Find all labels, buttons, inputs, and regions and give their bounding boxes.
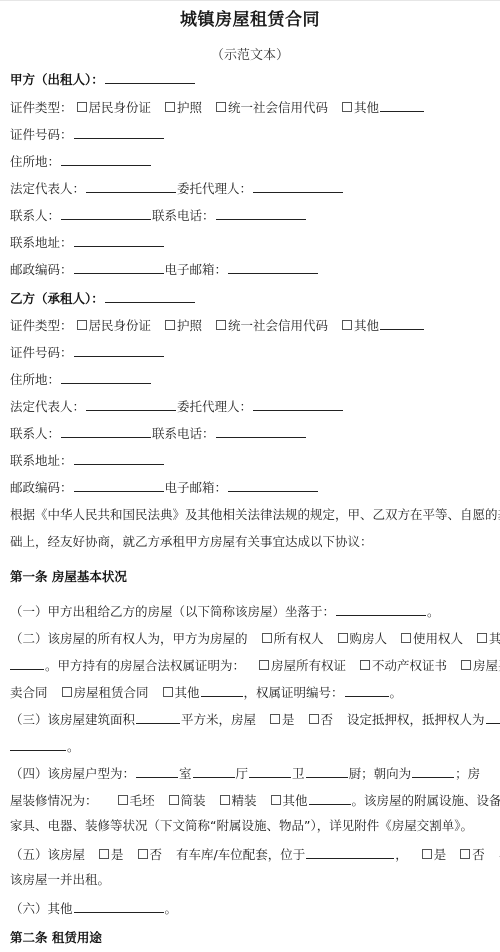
checkbox-simple[interactable]	[169, 795, 179, 805]
halls-field[interactable]	[193, 764, 235, 778]
checkbox-fine[interactable]	[220, 795, 230, 805]
party-b-contact-address-field[interactable]	[74, 451, 164, 465]
article-2-heading: 第二条 租赁用途	[10, 930, 102, 946]
party-b-rep-row: 法定代表人：委托代理人：	[10, 397, 344, 415]
checkbox-credit-code[interactable]	[216, 320, 226, 330]
article-1-item-5-line-2: 该房屋一并出租。	[10, 872, 110, 888]
party-a-contact-row: 联系人：联系电话：	[10, 206, 307, 224]
area-field[interactable]	[136, 710, 180, 724]
parking-location-field[interactable]	[306, 845, 394, 859]
party-a-id-other-field[interactable]	[380, 98, 424, 112]
party-a-contact-address-field[interactable]	[74, 233, 164, 247]
checkbox-id-card[interactable]	[77, 102, 87, 112]
article-1-item-2-line-2: 。甲方持有的房屋合法权属证明为： 房屋所有权证 不动产权证书 房屋买	[10, 656, 500, 674]
property-location-field[interactable]	[336, 602, 426, 616]
party-b-contact-row: 联系人：联系电话：	[10, 424, 307, 442]
party-b-contact-address-row: 联系地址：	[10, 451, 165, 469]
checkbox-parking-no[interactable]	[138, 849, 148, 859]
party-b-phone-field[interactable]	[216, 424, 306, 438]
article-1-item-4-line-2: 屋装修情况为： 毛坯 简装 精装 其他。该房屋的附属设施、设备、	[10, 791, 500, 809]
preamble-line-1: 根据《中华人民共和国民法典》及其他相关法律法规的规定，甲、乙双方在平等、自愿的基	[10, 507, 500, 523]
contract-page: 城镇房屋租赁合同 （示范文本） 甲方（出租人）： 证件类型： 居民身份证 护照 …	[0, 0, 500, 952]
party-b-postcode-field[interactable]	[74, 478, 164, 492]
checkbox-mortgage-no[interactable]	[309, 714, 319, 724]
checkbox-passport[interactable]	[165, 320, 175, 330]
checkbox-lease-contract[interactable]	[62, 687, 72, 697]
party-b-postcode-row: 邮政编码：电子邮箱：	[10, 478, 319, 496]
party-a-phone-field[interactable]	[216, 206, 306, 220]
article-1-item-3-cont: 。	[10, 737, 80, 755]
party-a-legal-rep-field[interactable]	[86, 179, 176, 193]
checkbox-owner-other[interactable]	[477, 633, 487, 643]
kitchens-field[interactable]	[306, 764, 348, 778]
cert-other-field[interactable]	[201, 683, 243, 697]
party-b-contact-field[interactable]	[61, 424, 151, 438]
checkbox-owner[interactable]	[262, 633, 272, 643]
checkbox-credit-code[interactable]	[216, 102, 226, 112]
party-b-email-field[interactable]	[228, 478, 318, 492]
party-a-postcode-row: 邮政编码：电子邮箱：	[10, 260, 319, 278]
checkbox-decoration-other[interactable]	[271, 795, 281, 805]
party-b-heading: 乙方（承租人）：	[10, 289, 196, 307]
rooms-field[interactable]	[136, 764, 178, 778]
checkbox-ownership-cert[interactable]	[259, 660, 269, 670]
checkbox-parking-yes[interactable]	[99, 849, 109, 859]
mortgagee-field[interactable]	[486, 710, 500, 724]
article-1-item-4-line-1: （四）该房屋户型为：室厅卫厨；朝向为；房	[10, 764, 480, 782]
party-b-id-type-row: 证件类型： 居民身份证 护照 统一社会信用代码 其他	[10, 316, 425, 334]
article-1-item-4-line-3: 家具、电器、装修等状况（下文简称“附属设施、物品”），详见附件《房屋交割单》。	[10, 818, 473, 834]
checkbox-passport[interactable]	[165, 102, 175, 112]
party-a-contact-field[interactable]	[61, 206, 151, 220]
party-b-id-number-field[interactable]	[74, 343, 164, 357]
party-b-id-number-row: 证件号码：	[10, 343, 165, 361]
article-1-item-6: （六）其他。	[10, 899, 177, 917]
document-subtitle: （示范文本）	[0, 44, 500, 63]
party-b-address-field[interactable]	[61, 370, 151, 384]
top-divider	[0, 0, 500, 1]
article-1-item-5-line-1: （五）该房屋 是 否 有车库/车位配套，位于， 是 否 与	[10, 845, 500, 863]
party-b-id-other-field[interactable]	[380, 316, 424, 330]
checkbox-bare[interactable]	[118, 795, 128, 805]
party-a-address-row: 住所地：	[10, 152, 152, 170]
checkbox-cert-other[interactable]	[163, 687, 173, 697]
checkbox-realestate-cert[interactable]	[360, 660, 370, 670]
checkbox-purchase-contract[interactable]	[461, 660, 471, 670]
party-a-contact-address-row: 联系地址：	[10, 233, 165, 251]
party-b-name-field[interactable]	[105, 289, 195, 303]
checkbox-mortgage-yes[interactable]	[270, 714, 280, 724]
article-1-item-1: （一）甲方出租给乙方的房屋（以下简称该房屋）坐落于：。	[10, 602, 440, 620]
baths-field[interactable]	[249, 764, 291, 778]
article-1-heading: 第一条 房屋基本状况	[10, 569, 127, 585]
decoration-other-field[interactable]	[309, 791, 351, 805]
article-1-item-2-line-3: 卖合同 房屋租赁合同 其他，权属证明编号：。	[10, 683, 402, 701]
article-1-item-3: （三）该房屋建筑面积平方米，房屋 是 否 设定抵押权，抵押权人为	[10, 710, 500, 728]
checkbox-other[interactable]	[342, 320, 352, 330]
checkbox-buyer[interactable]	[338, 633, 348, 643]
checkbox-id-card[interactable]	[77, 320, 87, 330]
preamble-line-2: 础上，经友好协商，就乙方承租甲方房屋有关事宜达成以下协议：	[10, 534, 373, 550]
party-b-legal-rep-field[interactable]	[86, 397, 176, 411]
party-a-heading: 甲方（出租人）：	[10, 70, 196, 88]
party-b-address-row: 住所地：	[10, 370, 152, 388]
checkbox-parking-lease-yes[interactable]	[422, 849, 432, 859]
checkbox-parking-lease-no[interactable]	[460, 849, 470, 859]
party-a-agent-field[interactable]	[253, 179, 343, 193]
party-a-id-number-row: 证件号码：	[10, 125, 165, 143]
other-terms-field[interactable]	[74, 899, 164, 913]
orientation-field[interactable]	[412, 764, 454, 778]
party-a-id-type-row: 证件类型： 居民身份证 护照 统一社会信用代码 其他	[10, 98, 425, 116]
party-a-email-field[interactable]	[228, 260, 318, 274]
owner-other-field[interactable]	[10, 656, 44, 670]
checkbox-user-right[interactable]	[401, 633, 411, 643]
document-title: 城镇房屋租赁合同	[0, 5, 500, 30]
party-b-agent-field[interactable]	[253, 397, 343, 411]
party-a-name-field[interactable]	[105, 70, 195, 84]
party-a-id-number-field[interactable]	[74, 125, 164, 139]
article-1-item-2-line-1: （二）该房屋的所有权人为，甲方为房屋的 所有权人 购房人 使用权人 其他	[10, 629, 500, 647]
cert-number-field[interactable]	[345, 683, 389, 697]
mortgagee-field-cont[interactable]	[10, 737, 66, 751]
party-a-rep-row: 法定代表人：委托代理人：	[10, 179, 344, 197]
party-a-postcode-field[interactable]	[74, 260, 164, 274]
party-a-address-field[interactable]	[61, 152, 151, 166]
checkbox-other[interactable]	[342, 102, 352, 112]
